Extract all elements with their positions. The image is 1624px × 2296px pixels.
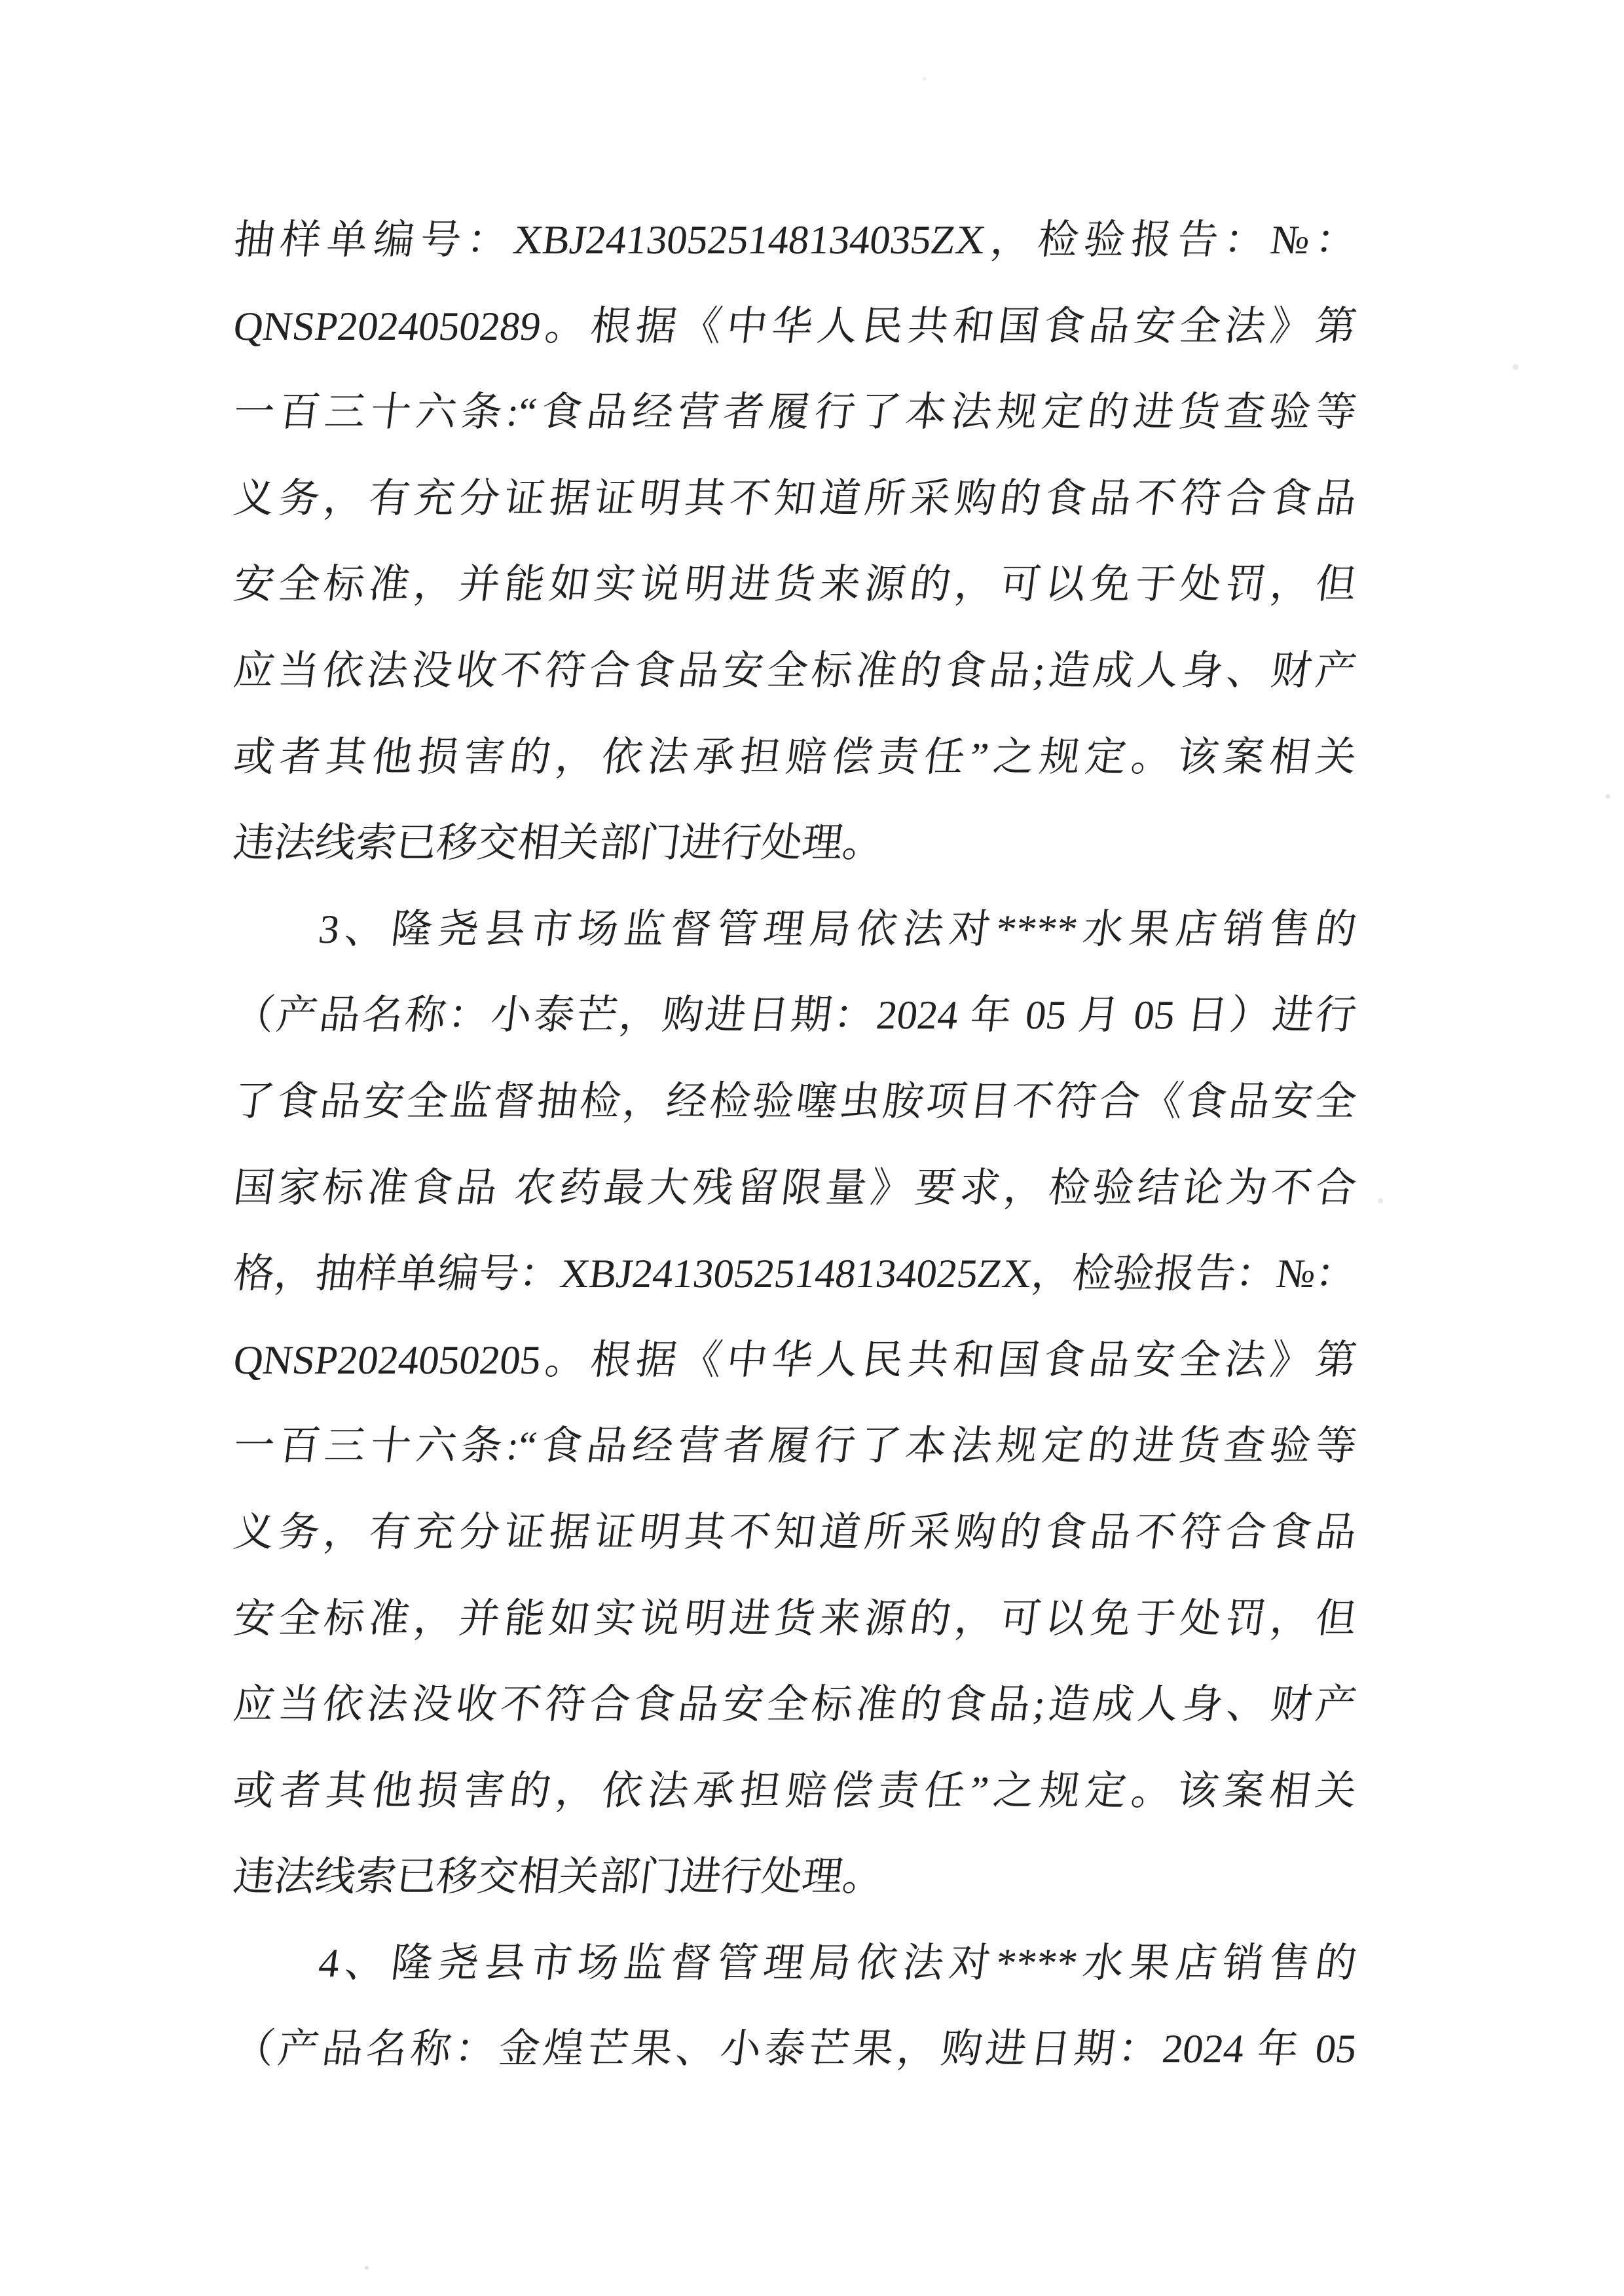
text-line-16: 义务，有充分证据证明其不知道所采购的食品不符合食品	[229, 1490, 1361, 1576]
text-line-9: 3、隆尧县市场监督管理局依法对****水果店销售的	[229, 887, 1361, 974]
text-line-7: 或者其他损害的，依法承担赔偿责任”之规定。该案相关	[229, 715, 1361, 801]
text-line-21: 4、隆尧县市场监督管理局依法对****水果店销售的	[229, 1921, 1361, 2007]
text-line-14: QNSP2024050205。根据《中华人民共和国食品安全法》第	[229, 1318, 1361, 1404]
scan-speck-3	[1378, 1198, 1383, 1203]
text-line-8: 违法线索已移交相关部门进行处理。	[229, 801, 1361, 887]
text-line-18: 应当依法没收不符合食品安全标准的食品;造成人身、财产	[229, 1662, 1361, 1749]
text-line-6: 应当依法没收不符合食品安全标准的食品;造成人身、财产	[229, 629, 1361, 715]
text-line-19: 或者其他损害的，依法承担赔偿责任”之规定。该案相关	[229, 1749, 1361, 1835]
text-line-12: 国家标准食品 农药最大残留限量》要求，检验结论为不合	[229, 1146, 1361, 1232]
text-line-22: （产品名称：金煌芒果、小泰芒果，购进日期：2024 年 05	[229, 2007, 1361, 2093]
text-line-17: 安全标准，并能如实说明进货来源的，可以免于处罚，但	[229, 1576, 1361, 1663]
text-line-15: 一百三十六条:“食品经营者履行了本法规定的进货查验等	[229, 1404, 1361, 1490]
text-line-20: 违法线索已移交相关部门进行处理。	[229, 1834, 1361, 1921]
scan-speck-2	[1606, 794, 1610, 799]
scan-speck-6	[923, 77, 926, 81]
scan-speck-1	[1513, 364, 1519, 370]
text-line-3: 一百三十六条:“食品经营者履行了本法规定的进货查验等	[229, 370, 1361, 456]
text-line-1: 抽样单编号：XBJ24130525148134035ZX，检验报告：№：	[229, 198, 1361, 284]
document-text-block: 抽样单编号：XBJ24130525148134035ZX，检验报告：№：QNSP…	[234, 198, 1356, 2093]
text-line-5: 安全标准，并能如实说明进货来源的，可以免于处罚，但	[229, 542, 1361, 629]
text-line-2: QNSP2024050289。根据《中华人民共和国食品安全法》第	[229, 284, 1361, 371]
text-line-4: 义务，有充分证据证明其不知道所采购的食品不符合食品	[229, 456, 1361, 543]
text-line-13: 格，抽样单编号：XBJ24130525148134025ZX，检验报告：№：	[229, 1231, 1361, 1318]
scanned-document-page: 抽样单编号：XBJ24130525148134035ZX，检验报告：№：QNSP…	[0, 0, 1624, 2296]
scan-speck-4	[270, 659, 274, 663]
text-line-11: 了食品安全监督抽检，经检验噻虫胺项目不符合《食品安全	[229, 1059, 1361, 1146]
text-line-10: （产品名称：小泰芒，购进日期：2024 年 05 月 05 日）进行	[229, 973, 1361, 1059]
scan-speck-5	[365, 2266, 369, 2270]
